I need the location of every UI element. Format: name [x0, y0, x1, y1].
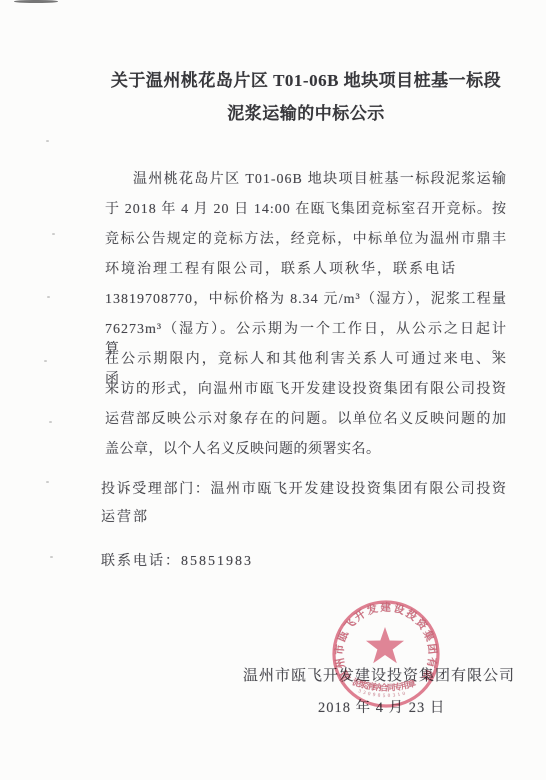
scan-speck	[49, 421, 52, 423]
body-line: 环境治理工程有限公司，联系人项秋华，联系电话	[105, 258, 457, 278]
scan-artifact-smudge	[14, 0, 58, 3]
body-line: 于 2018 年 4 月 20 日 14:00 在瓯飞集团竞标室召开竞标。按	[105, 198, 507, 218]
complaint-department-line-1: 投诉受理部门：温州市瓯飞开发建设投资集团有限公司投资	[101, 478, 507, 498]
body-line: 盖公章，以个人名义反映问题的须署实名。	[105, 438, 381, 458]
document-title-line-1: 关于温州桃花岛片区 T01-06B 地块项目桩基一标段	[105, 66, 507, 91]
scanned-document-page: 关于温州桃花岛片区 T01-06B 地块项目桩基一标段 泥浆运输的中标公示 温州…	[0, 0, 546, 780]
document-title-line-2: 泥浆运输的中标公示	[105, 99, 507, 124]
company-seal: 温州市瓯飞开发建设投资集团有限公司 泥浆消纳合同专用章 3309050310	[328, 596, 444, 712]
body-line: 竞标公告规定的竞标方法，经竞标，中标单位为温州市鼎丰	[105, 228, 507, 248]
contact-phone-line: 联系电话：85851983	[101, 550, 253, 570]
scan-speck	[47, 296, 50, 298]
scan-speck	[46, 481, 49, 483]
body-line: 运营部反映公示对象存在的问题。以单位名义反映问题的加	[105, 408, 507, 428]
body-line: 来访的形式，向温州市瓯飞开发建设投资集团有限公司投资	[105, 378, 507, 398]
body-line: 13819708770，中标价格为 8.34 元/m³（湿方），泥浆工程量	[105, 288, 507, 308]
scan-speck	[44, 360, 47, 362]
scan-speck	[46, 140, 49, 142]
complaint-department-line-2: 运营部	[101, 506, 149, 526]
body-line: 温州桃花岛片区 T01-06B 地块项目桩基一标段泥浆运输	[105, 168, 507, 188]
scan-speck	[52, 233, 55, 235]
scan-speck	[50, 556, 53, 558]
seal-star-icon	[366, 627, 404, 663]
